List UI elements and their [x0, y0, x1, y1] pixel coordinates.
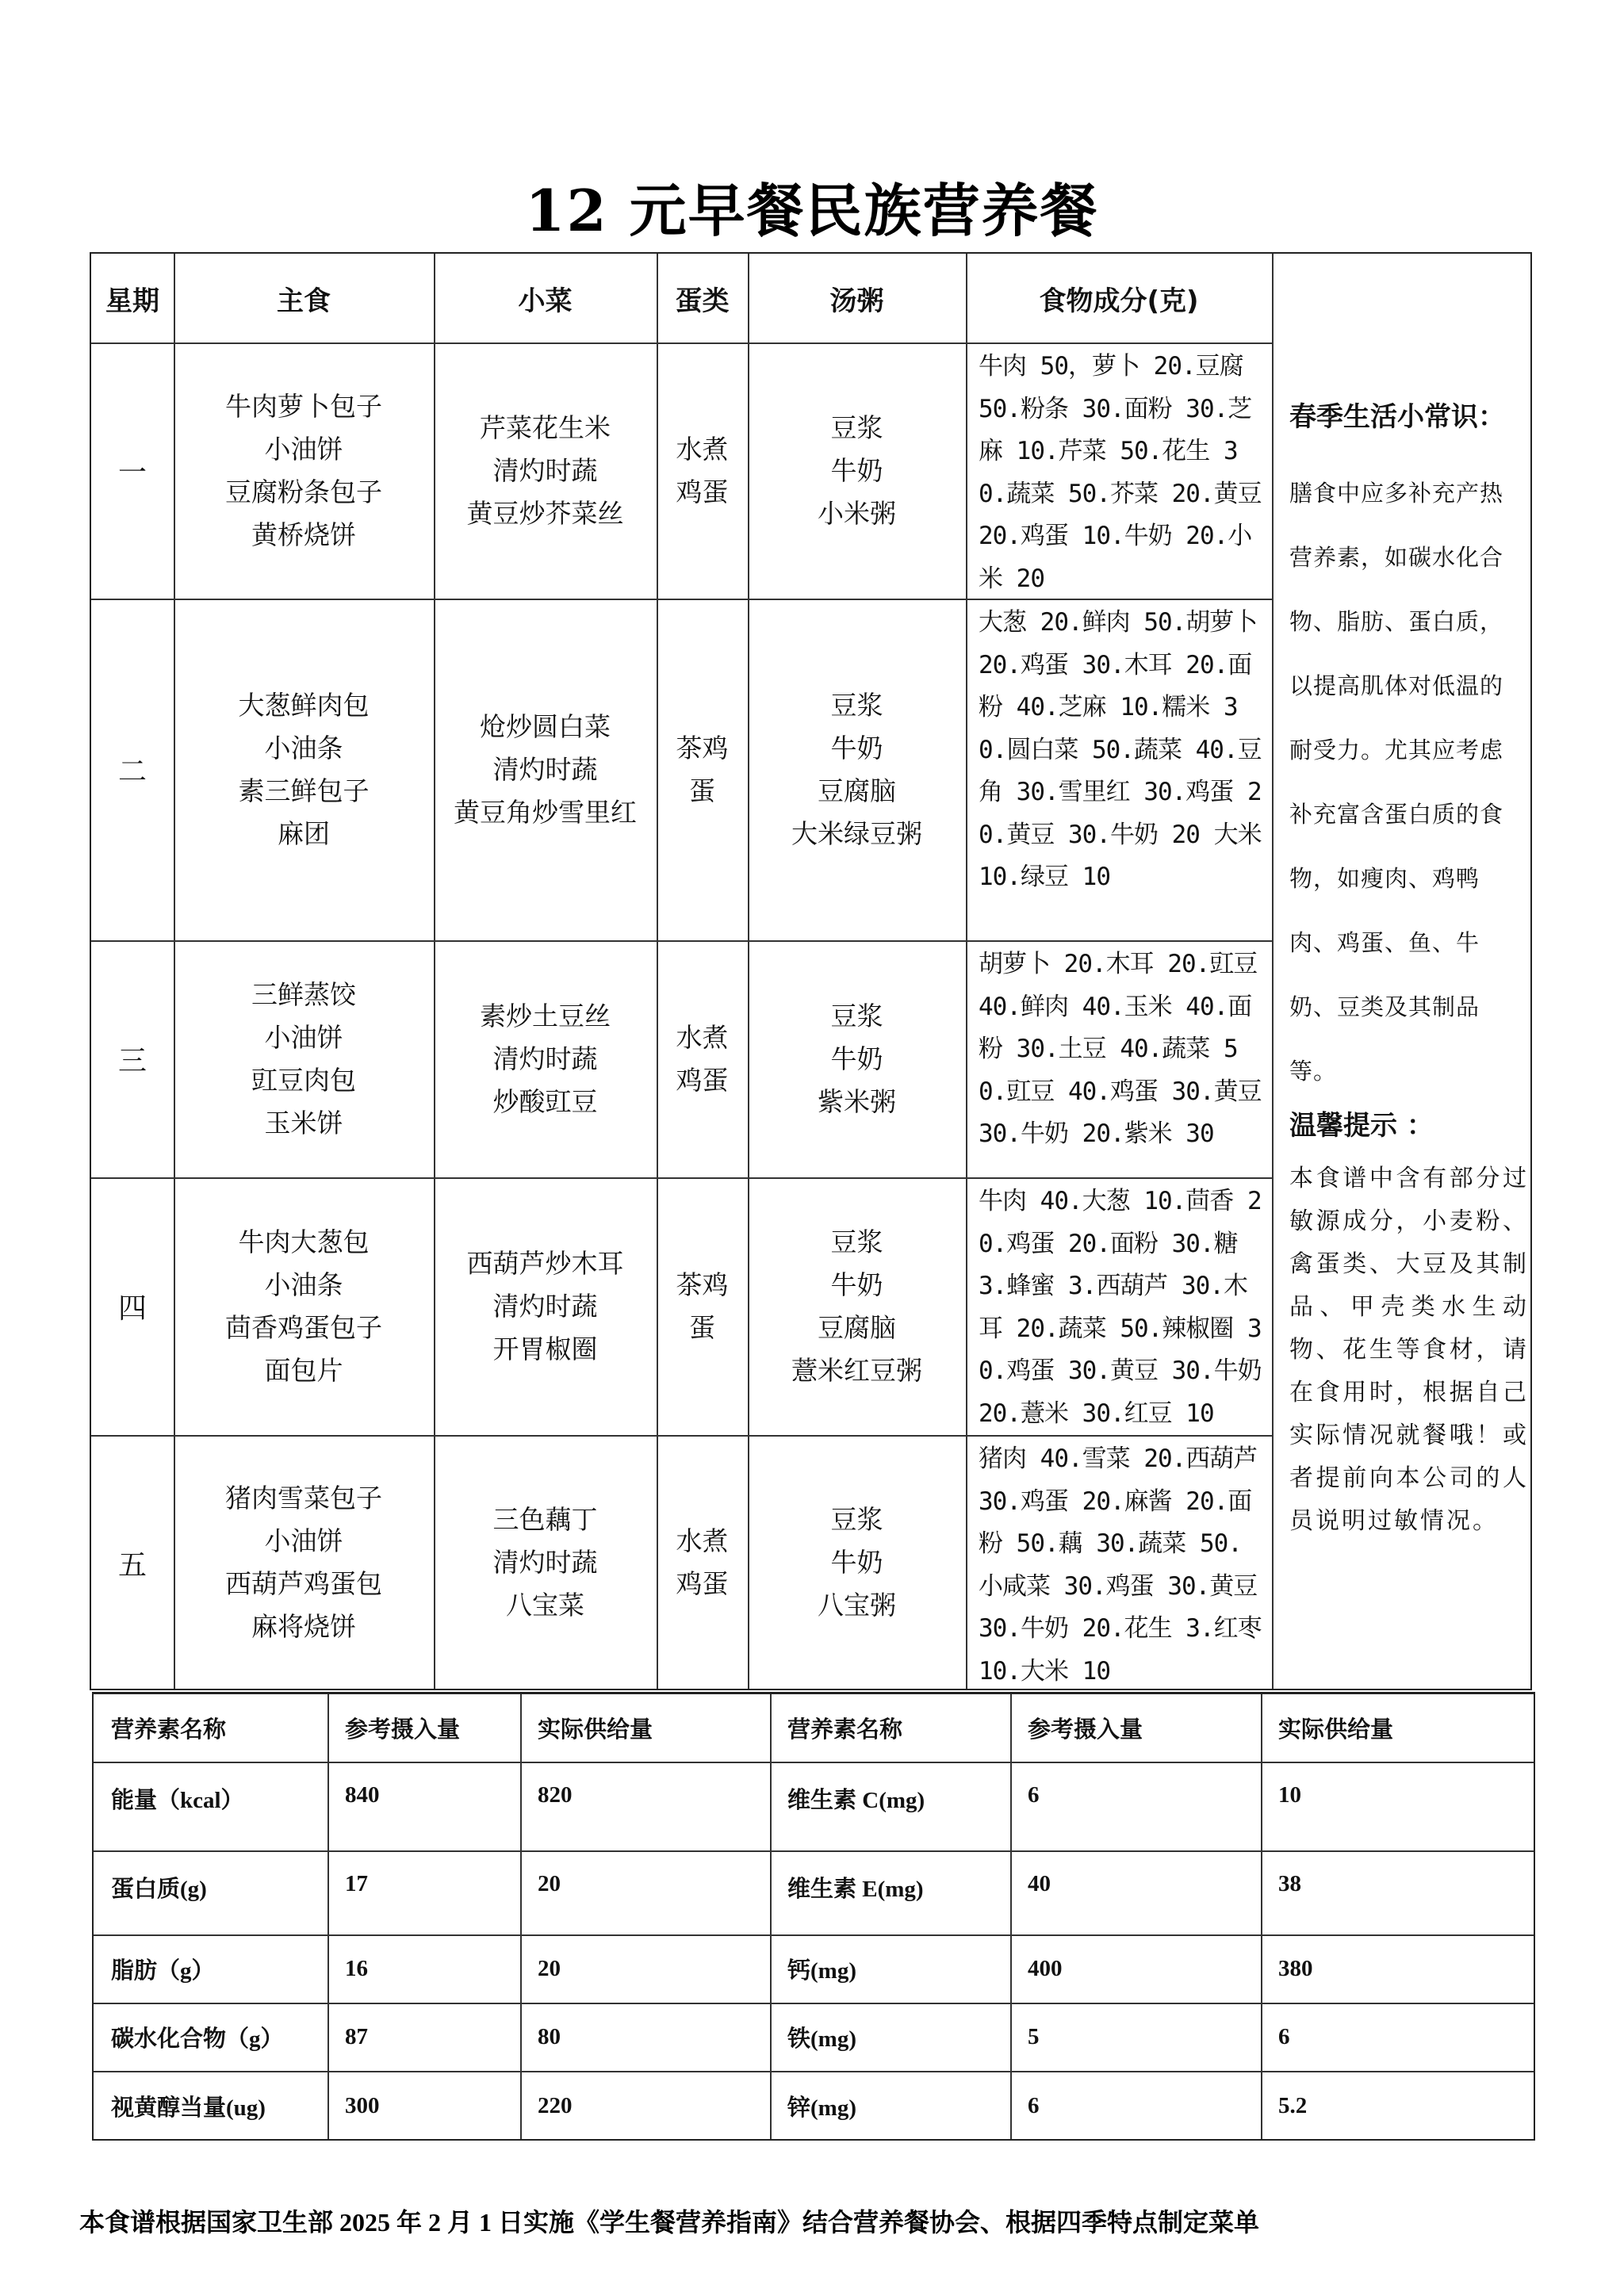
- nutrient-name: 蛋白质(g): [94, 1850, 327, 1934]
- egg-item: 水煮: [676, 1520, 729, 1563]
- actual-supply: 20: [520, 1934, 770, 2003]
- reminder-heading: 温馨提示 ：: [1289, 1104, 1434, 1142]
- egg-cell: 水煮 鸡蛋: [657, 342, 748, 599]
- reference-intake: 6: [1010, 1762, 1261, 1850]
- ingredients-cell: 猪肉 40.雪菜 20.西葫芦 30.鸡蛋 20.麻酱 20.面粉 50.藕 3…: [966, 1435, 1272, 1690]
- soup-cell: 豆浆 牛奶 豆腐脑 薏米红豆粥: [748, 1177, 966, 1435]
- soup-item: 豆腐脑: [818, 1307, 896, 1349]
- nutrient-name: 视黄醇当量(ug): [94, 2071, 327, 2141]
- nutrient-name: 铁(mg): [770, 2003, 1010, 2071]
- staple-cell: 大葱鲜肉包 小油条 素三鲜包子 麻团: [174, 599, 434, 940]
- staple-item: 面包片: [265, 1349, 343, 1392]
- staple-item: 玉米饼: [265, 1102, 343, 1145]
- tips-body: 膳食中应多补充产热营养素，如碳水化合物、脂肪、蛋白质，以提高肌体对低温的耐受力。…: [1289, 461, 1524, 1104]
- header-ingredients: 食物成分(克): [966, 254, 1272, 342]
- side-dish-item: 芹菜花生米: [480, 407, 611, 450]
- staple-item: 牛肉大葱包: [239, 1221, 370, 1264]
- nutrition-header: 实际供给量: [1261, 1694, 1535, 1762]
- actual-supply: 5.2: [1261, 2071, 1535, 2141]
- header-staple: 主食: [174, 254, 434, 342]
- staple-cell: 三鲜蒸饺 小油饼 豇豆肉包 玉米饼: [174, 940, 434, 1177]
- staple-cell: 牛肉萝卜包子 小油饼 豆腐粉条包子 黄桥烧饼: [174, 342, 434, 599]
- soup-item: 豆浆: [831, 995, 883, 1038]
- side-dish-item: 黄豆炒芥菜丝: [467, 492, 624, 535]
- side-dish-item: 素炒土豆丝: [480, 995, 611, 1038]
- egg-cell: 茶鸡 蛋: [657, 599, 748, 940]
- actual-supply: 6: [1261, 2003, 1535, 2071]
- side-dish-item: 清灼时蔬: [493, 748, 598, 791]
- nutrient-name: 碳水化合物（g）: [94, 2003, 327, 2071]
- actual-supply: 820: [520, 1762, 770, 1850]
- staple-item: 豇豆肉包: [251, 1059, 356, 1102]
- header-side-dish: 小菜: [434, 254, 657, 342]
- staple-item: 小油饼: [265, 428, 343, 471]
- reminder-body: 本食谱中含有部分过敏源成分，小麦粉、禽蛋类、大豆及其制品、甲壳类水生动物、花生等…: [1289, 1158, 1529, 1543]
- side-dish-cell: 素炒土豆丝 清灼时蔬 炒酸豇豆: [434, 940, 657, 1177]
- ingredients-cell: 胡萝卜 20.木耳 20.豇豆 40.鲜肉 40.玉米 40.面粉 30.土豆 …: [966, 940, 1272, 1177]
- nutrient-name: 维生素 C(mg): [770, 1762, 1010, 1850]
- staple-item: 牛肉萝卜包子: [225, 385, 382, 428]
- staple-item: 大葱鲜肉包: [239, 684, 370, 727]
- soup-cell: 豆浆 牛奶 八宝粥: [748, 1435, 966, 1690]
- soup-item: 小米粥: [818, 492, 896, 535]
- soup-item: 牛奶: [831, 1038, 883, 1081]
- soup-item: 豆腐脑: [818, 770, 896, 813]
- soup-cell: 豆浆 牛奶 小米粥: [748, 342, 966, 599]
- side-dish-item: 八宝菜: [506, 1584, 584, 1627]
- egg-cell: 水煮 鸡蛋: [657, 940, 748, 1177]
- reference-intake: 6: [1010, 2071, 1261, 2141]
- ingredients-cell: 牛肉 50，萝卜 20.豆腐 50.粉条 30.面粉 30.芝麻 10.芹菜 5…: [966, 342, 1272, 599]
- side-panel: 春季生活小常识： 膳食中应多补充产热营养素，如碳水化合物、脂肪、蛋白质，以提高肌…: [1275, 254, 1534, 1689]
- egg-item: 茶鸡: [676, 727, 729, 770]
- egg-item: 鸡蛋: [676, 1059, 729, 1102]
- page-title: 12 元早餐民族营养餐: [0, 165, 1624, 247]
- actual-supply: 220: [520, 2071, 770, 2141]
- soup-item: 牛奶: [831, 1541, 883, 1584]
- staple-item: 猪肉雪菜包子: [225, 1477, 382, 1520]
- soup-item: 牛奶: [831, 727, 883, 770]
- actual-supply: 380: [1261, 1934, 1535, 2003]
- nutrition-header: 营养素名称: [770, 1694, 1010, 1762]
- side-dish-item: 炒酸豇豆: [493, 1081, 598, 1123]
- reference-intake: 300: [327, 2071, 520, 2141]
- staple-item: 小油饼: [265, 1016, 343, 1059]
- header-soup: 汤粥: [748, 254, 966, 342]
- side-dish-item: 西葫芦炒木耳: [467, 1242, 624, 1285]
- side-dish-item: 清灼时蔬: [493, 1285, 598, 1328]
- staple-item: 素三鲜包子: [239, 770, 370, 813]
- day-cell: 五: [91, 1435, 174, 1690]
- ingredients-cell: 大葱 20.鲜肉 50.胡萝卜 20.鸡蛋 30.木耳 20.面粉 40.芝麻 …: [966, 599, 1272, 940]
- staple-item: 小油条: [265, 727, 343, 770]
- soup-item: 豆浆: [831, 407, 883, 450]
- side-dish-item: 开胃椒圈: [493, 1328, 598, 1371]
- staple-cell: 牛肉大葱包 小油条 茴香鸡蛋包子 面包片: [174, 1177, 434, 1435]
- staple-item: 三鲜蒸饺: [251, 974, 356, 1016]
- actual-supply: 10: [1261, 1762, 1535, 1850]
- soup-item: 紫米粥: [818, 1081, 896, 1123]
- reference-intake: 17: [327, 1850, 520, 1934]
- egg-item: 鸡蛋: [676, 471, 729, 514]
- staple-item: 小油饼: [265, 1520, 343, 1563]
- reference-intake: 40: [1010, 1850, 1261, 1934]
- ingredients-cell: 牛肉 40.大葱 10.茴香 20.鸡蛋 20.面粉 30.糖 3.蜂蜜 3.西…: [966, 1177, 1272, 1435]
- staple-item: 豆腐粉条包子: [225, 471, 382, 514]
- nutrient-name: 脂肪（g）: [94, 1934, 327, 2003]
- side-dish-cell: 芹菜花生米 清灼时蔬 黄豆炒芥菜丝: [434, 342, 657, 599]
- nutrition-header: 实际供给量: [520, 1694, 770, 1762]
- nutrition-table: 营养素名称 参考摄入量 实际供给量 营养素名称 参考摄入量 实际供给量 能量（k…: [92, 1692, 1535, 2141]
- nutrient-name: 锌(mg): [770, 2071, 1010, 2141]
- day-cell: 四: [91, 1177, 174, 1435]
- side-dish-item: 炝炒圆白菜: [480, 706, 611, 748]
- footer-note: 本食谱根据国家卫生部 2025 年 2 月 1 日实施《学生餐营养指南》结合营养…: [79, 2202, 1259, 2239]
- staple-item: 茴香鸡蛋包子: [225, 1307, 382, 1349]
- soup-item: 牛奶: [831, 1264, 883, 1307]
- tips-heading: 春季生活小常识：: [1289, 395, 1505, 434]
- egg-item: 茶鸡: [676, 1264, 729, 1307]
- weekly-menu-table: 星期 主食 小菜 蛋类 汤粥 食物成分(克) 一 牛肉萝卜包子 小油饼 豆腐粉条…: [90, 252, 1532, 1690]
- side-dish-cell: 三色藕丁 清灼时蔬 八宝菜: [434, 1435, 657, 1690]
- day-cell: 三: [91, 940, 174, 1177]
- reference-intake: 16: [327, 1934, 520, 2003]
- egg-cell: 水煮 鸡蛋: [657, 1435, 748, 1690]
- divider: [1272, 254, 1274, 1689]
- egg-item: 水煮: [676, 428, 729, 471]
- side-dish-item: 清灼时蔬: [493, 450, 598, 492]
- reference-intake: 840: [327, 1762, 520, 1850]
- reference-intake: 400: [1010, 1934, 1261, 2003]
- side-dish-item: 三色藕丁: [493, 1498, 598, 1541]
- nutrition-header: 参考摄入量: [1010, 1694, 1261, 1762]
- day-cell: 一: [91, 342, 174, 599]
- nutrition-header: 营养素名称: [94, 1694, 327, 1762]
- side-dish-cell: 西葫芦炒木耳 清灼时蔬 开胃椒圈: [434, 1177, 657, 1435]
- soup-item: 薏米红豆粥: [791, 1349, 922, 1392]
- nutrient-name: 维生素 E(mg): [770, 1850, 1010, 1934]
- side-dish-item: 黄豆角炒雪里红: [454, 791, 637, 834]
- header-egg: 蛋类: [657, 254, 748, 342]
- egg-item: 蛋: [689, 770, 715, 813]
- soup-item: 豆浆: [831, 1498, 883, 1541]
- side-dish-item: 清灼时蔬: [493, 1541, 598, 1584]
- staple-item: 麻将烧饼: [251, 1605, 356, 1648]
- reference-intake: 5: [1010, 2003, 1261, 2071]
- nutrient-name: 能量（kcal）: [94, 1762, 327, 1850]
- staple-cell: 猪肉雪菜包子 小油饼 西葫芦鸡蛋包 麻将烧饼: [174, 1435, 434, 1690]
- staple-item: 麻团: [278, 813, 330, 855]
- day-cell: 二: [91, 599, 174, 940]
- reference-intake: 87: [327, 2003, 520, 2071]
- soup-item: 牛奶: [831, 450, 883, 492]
- soup-cell: 豆浆 牛奶 紫米粥: [748, 940, 966, 1177]
- soup-cell: 豆浆 牛奶 豆腐脑 大米绿豆粥: [748, 599, 966, 940]
- egg-cell: 茶鸡 蛋: [657, 1177, 748, 1435]
- soup-item: 大米绿豆粥: [791, 813, 922, 855]
- actual-supply: 80: [520, 2003, 770, 2071]
- header-day: 星期: [91, 254, 174, 342]
- staple-item: 西葫芦鸡蛋包: [225, 1563, 382, 1605]
- side-dish-item: 清灼时蔬: [493, 1038, 598, 1081]
- soup-item: 八宝粥: [818, 1584, 896, 1627]
- actual-supply: 20: [520, 1850, 770, 1934]
- egg-item: 鸡蛋: [676, 1563, 729, 1605]
- side-dish-cell: 炝炒圆白菜 清灼时蔬 黄豆角炒雪里红: [434, 599, 657, 940]
- egg-item: 水煮: [676, 1016, 729, 1059]
- actual-supply: 38: [1261, 1850, 1535, 1934]
- staple-item: 黄桥烧饼: [251, 514, 356, 557]
- staple-item: 小油条: [265, 1264, 343, 1307]
- nutrient-name: 钙(mg): [770, 1934, 1010, 2003]
- soup-item: 豆浆: [831, 684, 883, 727]
- egg-item: 蛋: [689, 1307, 715, 1349]
- soup-item: 豆浆: [831, 1221, 883, 1264]
- nutrition-header: 参考摄入量: [327, 1694, 520, 1762]
